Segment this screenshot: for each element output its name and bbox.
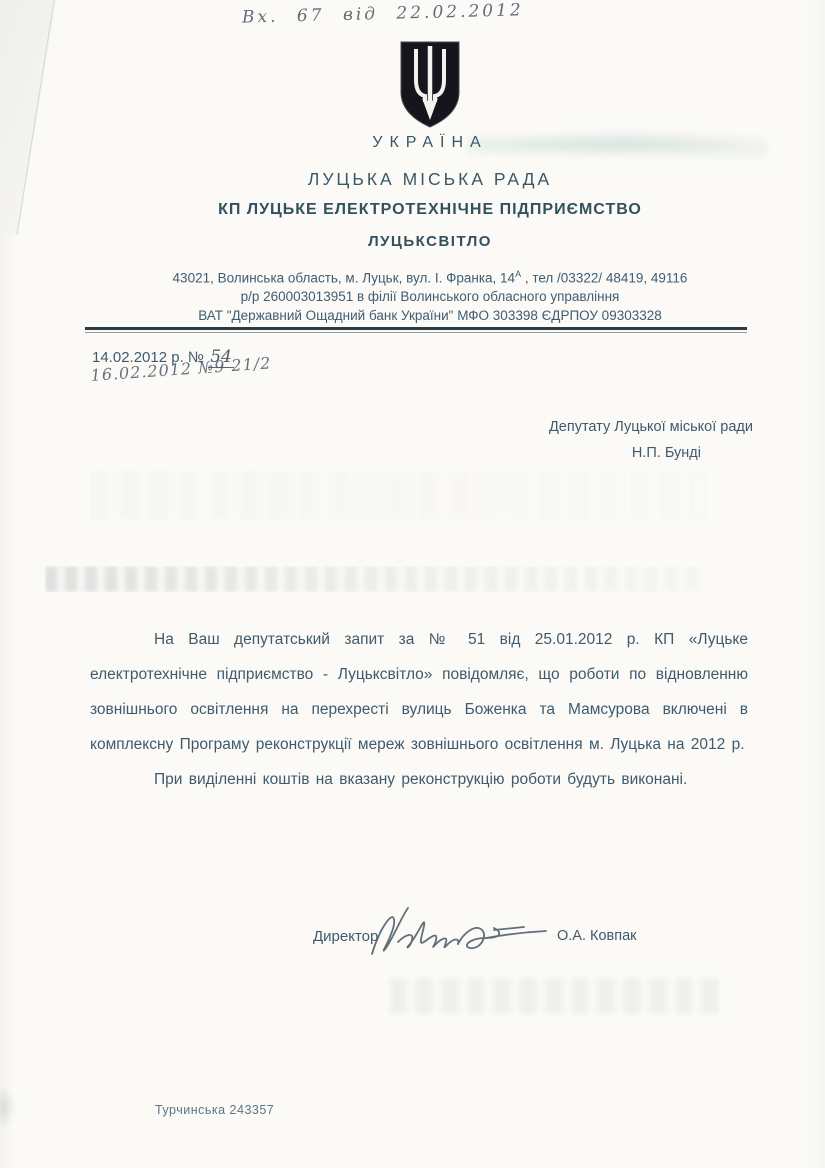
handwritten-signature — [368, 898, 583, 962]
handwritten-registration-note: Вх. 67 від 22.02.2012 — [242, 0, 524, 27]
ink-bleedthrough-smudge — [90, 470, 710, 520]
organization-name: КП ЛУЦЬКЕ ЕЛЕКТРОТЕХНІЧНЕ ПІДПРИЄМСТВО — [35, 201, 825, 219]
scanned-letter-page: Вх. 67 від 22.02.2012 УКРАЇНА ЛУЦЬКА МІС… — [0, 0, 825, 1168]
address-line-3: ВАТ "Державний Ощадний банк України" МФО… — [35, 308, 825, 323]
scan-corner-fold-artifact — [0, 0, 60, 235]
letterhead-divider-rule-thin — [85, 332, 747, 333]
ukraine-trident-emblem-icon — [399, 40, 461, 130]
address-line-2: р/р 260003013951 в філії Волинського обл… — [35, 289, 825, 304]
recipient-block: Депутату Луцької міської ради Н.П. Бунді — [549, 419, 753, 461]
address-line-1-phones: , тел /03322/ 48419, 49116 — [521, 271, 687, 286]
city-council-name: ЛУЦЬКА МІСЬКА РАДА — [35, 169, 825, 190]
scan-edge-smudge — [0, 1085, 16, 1130]
ink-bleedthrough-smudge — [45, 566, 705, 592]
recipient-title: Депутату Луцької міської ради — [549, 419, 753, 435]
ink-bleedthrough-smudge — [390, 978, 720, 1014]
organization-short-name: ЛУЦЬКСВІТЛО — [35, 233, 825, 250]
address-line-1: 43021, Волинська область, м. Луцьк, вул.… — [35, 269, 825, 286]
signatory-name: О.А. Ковпак — [557, 928, 637, 944]
letter-body: На Ваш депутатський запит за № 51 від 25… — [90, 622, 748, 797]
address-line-1-text: 43021, Волинська область, м. Луцьк, вул.… — [173, 271, 516, 286]
recipient-name: Н.П. Бунді — [549, 445, 753, 461]
body-paragraph-1: На Ваш депутатський запит за № 51 від 25… — [90, 622, 748, 762]
body-paragraph-2: При виділенні коштів на вказану реконстр… — [90, 762, 748, 797]
executor-contact-line: Турчинська 243357 — [155, 1103, 274, 1117]
letterhead-divider-rule — [85, 327, 747, 330]
country-name: УКРАЇНА — [35, 134, 825, 152]
